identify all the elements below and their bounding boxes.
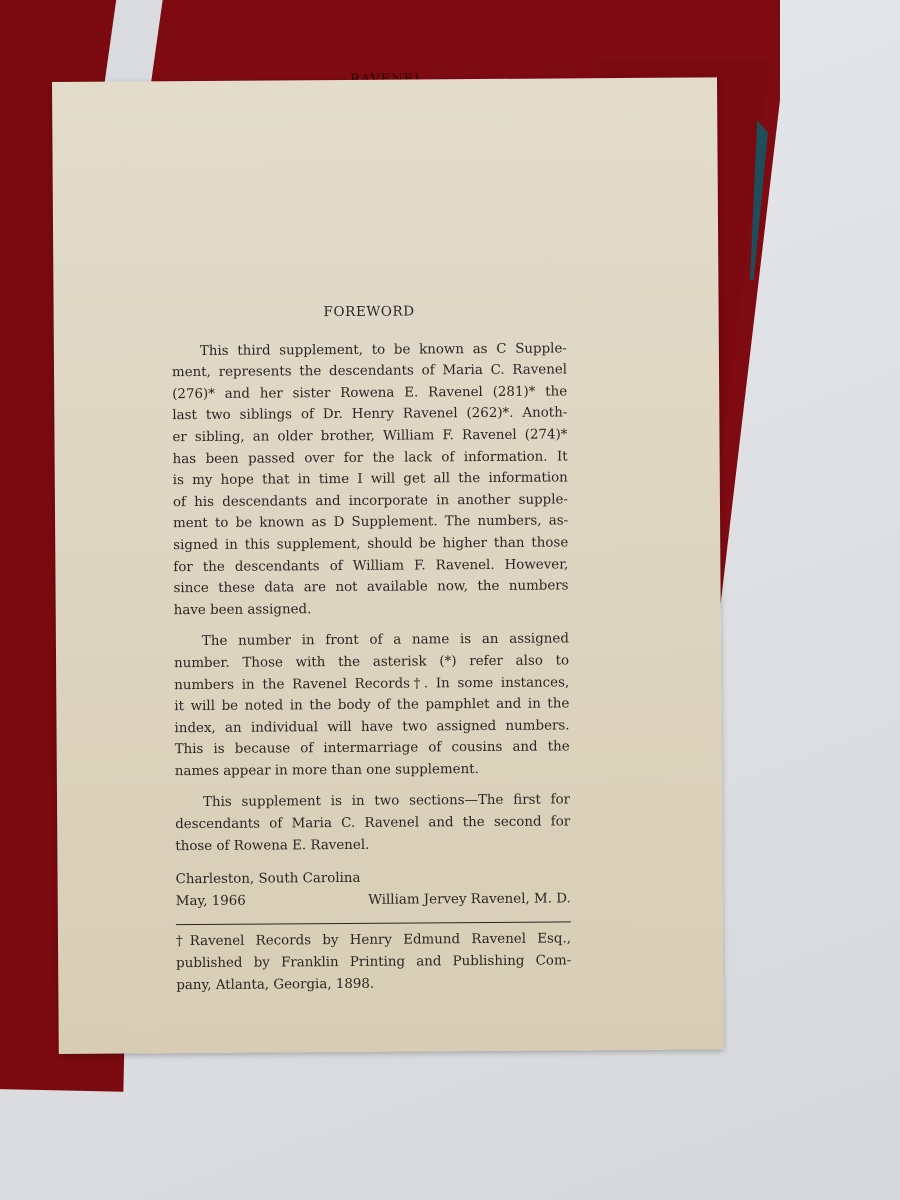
date: May, 1966 [176,891,246,913]
text-line: number. Those with the asterisk (*) refe… [174,650,569,674]
foreword-page: FOREWORD This third supplement, to be kn… [52,77,724,1054]
footnote-rule [176,922,571,926]
footnote-line: published by Franklin Printing and Publi… [176,950,571,974]
text-line: index, an individual will have two assig… [174,715,569,739]
page-content: FOREWORD This third supplement, to be kn… [172,300,572,996]
text-line: names appear in more than one supplement… [175,758,570,782]
text-line: This is because of intermarriage of cous… [175,737,570,761]
text-line: numbers in the Ravenel Records†. In some… [174,672,569,696]
page-heading: FOREWORD [172,300,567,324]
text-line: those of Rowena E. Ravenel. [175,833,570,857]
photo-scene: RAVENEL FOREWORD This third supplement, … [0,0,900,1200]
paragraph-2: The number in front of a name is an assi… [174,629,570,783]
text-line: The number in front of a name is an assi… [174,629,569,653]
place: Charleston, South Carolina [176,867,571,891]
author: William Jervey Ravenel, M. D. [368,888,571,911]
text-line: signed in this supplement, should be hig… [173,532,568,556]
paragraph-3: This supplement is in two sections—The f… [175,790,570,858]
text-line: of his descendants and incorporate in an… [173,489,568,513]
signature-block: Charleston, South Carolina May, 1966 Wil… [176,867,571,913]
footnote: †Ravenel Records by Henry Edmund Ravenel… [176,929,571,997]
text-line: last two siblings of Dr. Henry Ravenel (… [172,403,567,427]
text-line: This third supplement, to be known as C … [172,338,567,362]
date-author-row: May, 1966 William Jervey Ravenel, M. D. [176,888,571,912]
text-line: ment, represents the descendants of Mari… [172,360,567,384]
text-line: for the descendants of William F. Ravene… [173,554,568,578]
text-line: er sibling, an older brother, William F.… [172,424,567,448]
text-line: (276)* and her sister Rowena E. Ravenel … [172,381,567,405]
footnote-line: †Ravenel Records by Henry Edmund Ravenel… [176,929,571,953]
text-line: has been passed over for the lack of inf… [173,446,568,470]
text-line: descendants of Maria C. Ravenel and the … [175,811,570,835]
footnote-line: pany, Atlanta, Georgia, 1898. [176,972,571,996]
text-line: since these data are not available now, … [173,576,568,600]
text-line: is my hope that in time I will get all t… [173,468,568,492]
text-line: This supplement is in two sections—The f… [175,790,570,814]
text-line: have been assigned. [174,597,569,621]
paragraph-1: This third supplement, to be known as C … [172,338,569,621]
text-line: it will be noted in the body of the pamp… [174,693,569,717]
text-line: ment to be known as D Supplement. The nu… [173,511,568,535]
